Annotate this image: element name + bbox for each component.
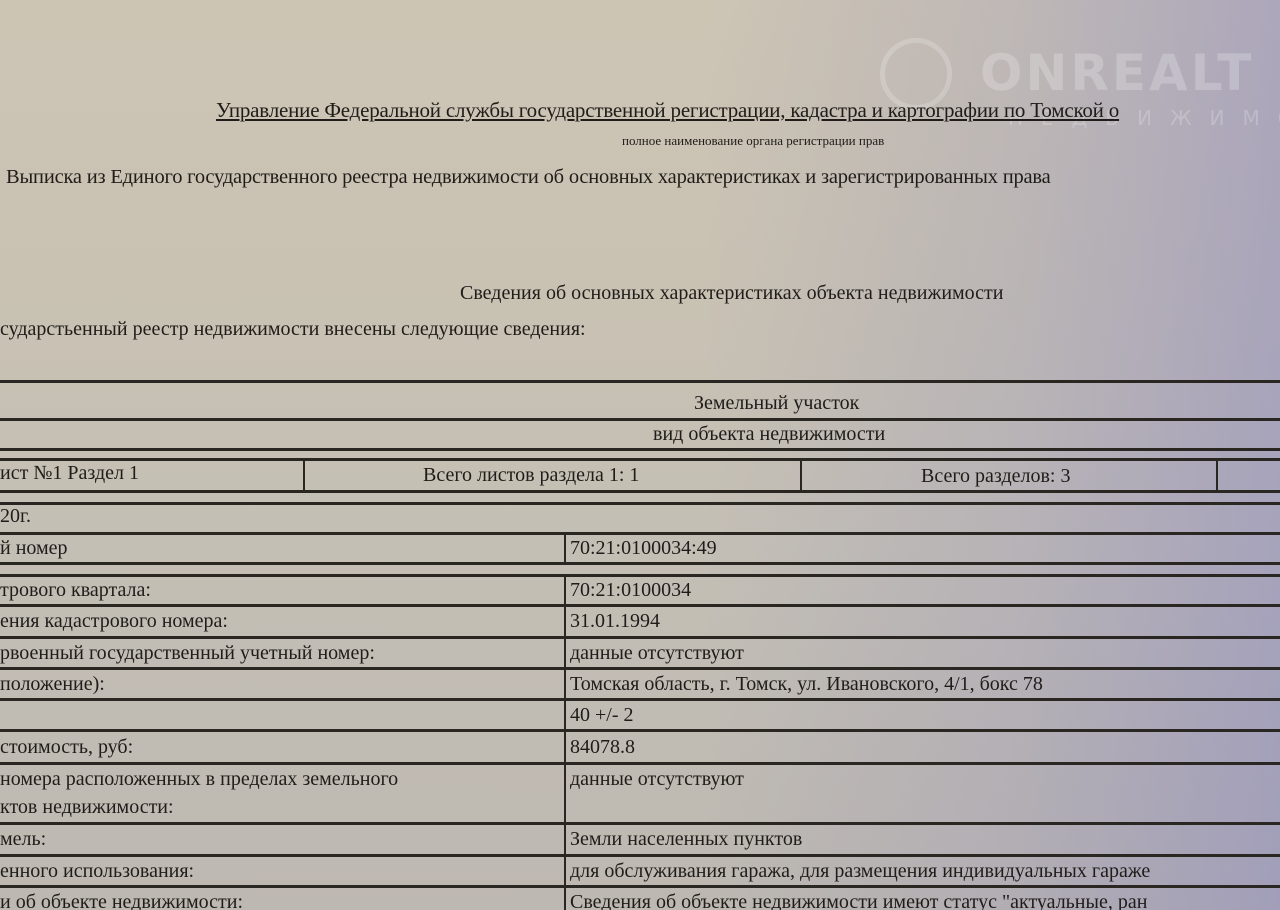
table-rule xyxy=(0,490,1280,493)
row-label-address: положение): xyxy=(0,673,105,696)
table-divider xyxy=(564,574,566,910)
total-sheets: Всего листов раздела 1: 1 xyxy=(423,464,639,487)
row-label-previous-number: рвоенный государственный учетный номер: xyxy=(0,642,375,665)
row-label-cadastral-value: стоимость, руб: xyxy=(0,736,133,759)
row-value-objects-within: данные отсутствуют xyxy=(570,768,744,791)
registration-authority-caption: полное наименование органа регистрации п… xyxy=(622,133,884,149)
row-label-object-status: и об объекте недвижимости: xyxy=(0,891,243,910)
document-page: ONREALT НЕДВИЖИМОСТЬ Управление Федераль… xyxy=(0,0,1280,910)
row-value-previous-number: данные отсутствуют xyxy=(570,642,744,665)
row-value-cadastral-quarter: 70:21:0100034 xyxy=(570,579,691,602)
table-rule xyxy=(0,448,1280,451)
table-rule xyxy=(0,822,1280,825)
document-title: Выписка из Единого государственного реес… xyxy=(6,166,1051,189)
table-rule xyxy=(0,418,1280,421)
section-title: Сведения об основных характеристиках объ… xyxy=(460,282,1004,305)
object-type: Земельный участок xyxy=(694,392,859,415)
row-value-land-category: Земли населенных пунктов xyxy=(570,828,802,851)
row-label-cadastral-number: й номер xyxy=(0,537,68,560)
table-rule xyxy=(0,574,1280,577)
total-sections: Всего разделов: 3 xyxy=(921,465,1071,488)
row-value-permitted-use: для обслуживания гаража, для размещения … xyxy=(570,860,1150,883)
table-rule xyxy=(0,458,1280,461)
row-value-address: Томская область, г. Томск, ул. Ивановско… xyxy=(570,673,1043,696)
table-rule xyxy=(0,380,1280,383)
table-divider xyxy=(800,458,802,492)
table-rule xyxy=(0,762,1280,765)
table-rule xyxy=(0,604,1280,607)
object-type-caption: вид объекта недвижимости xyxy=(653,423,885,446)
row-label-objects-within: номера расположенных в пределах земельно… xyxy=(0,768,398,791)
row-label-permitted-use: енного использования: xyxy=(0,860,194,883)
table-rule xyxy=(0,729,1280,732)
row-value-assignment-date: 31.01.1994 xyxy=(570,610,660,633)
intro-text: сударстьенный реестр недвижимости внесен… xyxy=(0,318,586,341)
sheet-info: ист №1 Раздел 1 xyxy=(0,462,139,485)
watermark-brand: ONREALT xyxy=(980,44,1254,102)
table-rule xyxy=(0,562,1280,565)
row-value-cadastral-value: 84078.8 xyxy=(570,736,635,759)
registration-authority: Управление Федеральной службы государств… xyxy=(216,98,1119,123)
table-divider xyxy=(564,532,566,564)
table-rule xyxy=(0,698,1280,701)
table-divider xyxy=(1216,458,1218,492)
row-label-assignment-date: ения кадастрового номера: xyxy=(0,610,228,633)
table-rule xyxy=(0,667,1280,670)
table-divider xyxy=(303,458,305,492)
row-label-land-category: мель: xyxy=(0,828,46,851)
row-label-objects-within-cont: ктов недвижимости: xyxy=(0,796,174,819)
table-rule xyxy=(0,636,1280,639)
date-fragment: 20г. xyxy=(0,505,31,528)
row-value-area: 40 +/- 2 xyxy=(570,704,634,727)
table-rule xyxy=(0,502,1280,505)
row-value-cadastral-number: 70:21:0100034:49 xyxy=(570,537,717,560)
table-rule xyxy=(0,885,1280,888)
row-value-object-status: Сведения об объекте недвижимости имеют с… xyxy=(570,891,1147,910)
table-rule xyxy=(0,854,1280,857)
table-rule xyxy=(0,532,1280,535)
row-label-cadastral-quarter: трового квартала: xyxy=(0,579,151,602)
